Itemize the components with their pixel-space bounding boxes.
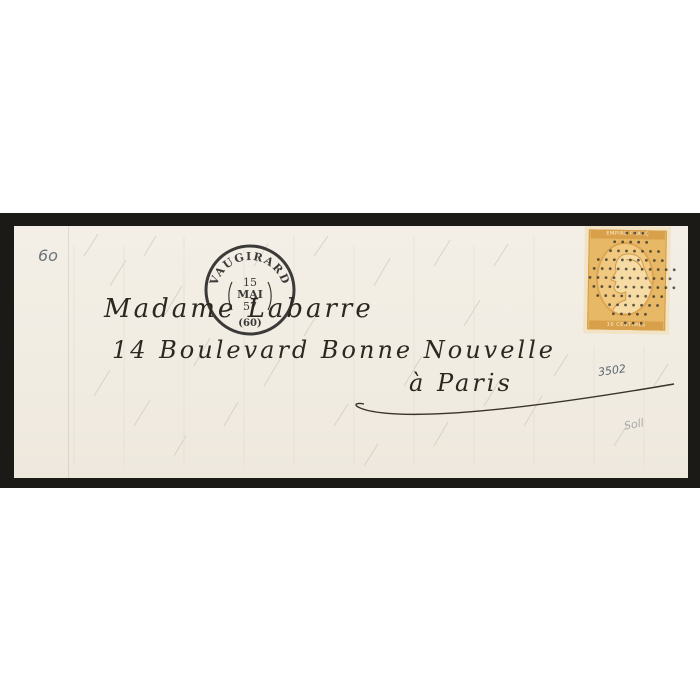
address-line-recipient: Madame Labarre [104, 294, 374, 324]
dotted-lozenge-cancel [573, 226, 681, 341]
address-line-city: à Paris [409, 369, 513, 397]
postage-stamp: EMPIRE FRANÇ 10 CENTIMES [583, 226, 671, 335]
fold-line [68, 226, 69, 478]
pencil-reference-number: 3502 [597, 362, 627, 379]
pencil-annotation-top-left: 6o [38, 246, 58, 265]
address-line-street: 14 Boulevard Bonne Nouvelle [112, 336, 556, 364]
pencil-faint-note: Soll [623, 416, 645, 432]
postal-cover: 6o VAUGIRARD 15 MAI 57 (60) EMPIRE FRANÇ… [14, 226, 688, 478]
